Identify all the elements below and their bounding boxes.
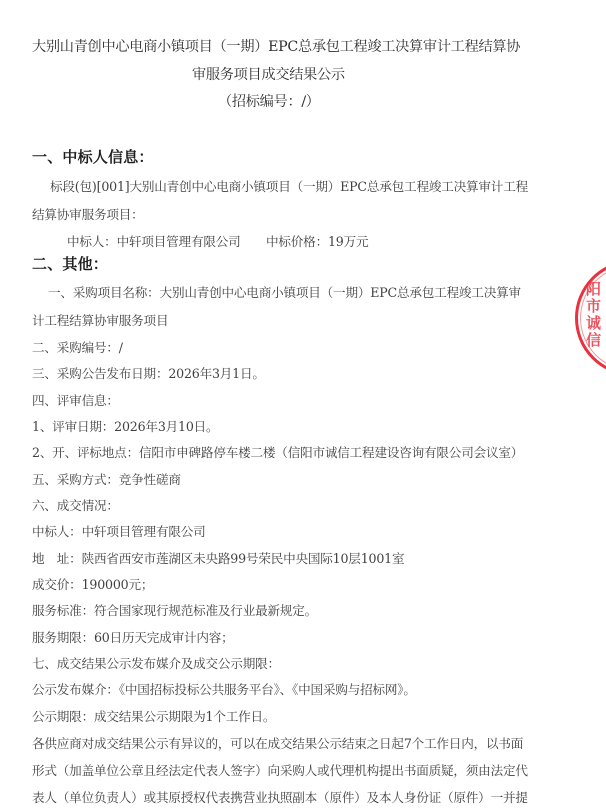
document-title-line2: 审服务项目成交结果公示 xyxy=(192,64,345,84)
lot-description-line2: 结算协审服务项目： xyxy=(32,204,144,223)
winner-name: 中标人：中轩项目管理有限公司 xyxy=(67,231,241,250)
document-title-line1: 大别山青创中心电商小镇项目（一期）EPC总承包工程竣工决算审计工程结算协 xyxy=(32,36,520,56)
objection-notice-line2: 形式（加盖单位公章且经法定代表人签字）向采购人或代理机构提出书面质疑，须由法定代 xyxy=(32,760,528,779)
transaction-price: 成交价：190000元； xyxy=(32,574,153,593)
procurement-project-name-line2: 计工程结算协审服务项目 xyxy=(32,310,168,329)
document-page: 大别山青创中心电商小镇项目（一期）EPC总承包工程竣工决算审计工程结算协 审服务… xyxy=(0,0,606,810)
review-info-heading: 四、评审信息： xyxy=(32,390,119,409)
section-heading-other: 二、其他： xyxy=(32,253,108,274)
procurement-method: 五、采购方式：竞争性磋商 xyxy=(32,469,181,488)
section-heading-winner-info: 一、中标人信息： xyxy=(32,146,154,167)
announcement-date: 三、采购公告发布日期：2026年3月1日。 xyxy=(32,363,265,382)
transaction-status-heading: 六、成交情况： xyxy=(32,495,119,514)
seal-text: 阳市诚信 xyxy=(586,281,604,349)
lot-description-line1: 标段(包)[001]大别山青创中心电商小镇项目（一期）EPC总承包工程竣工决算审… xyxy=(50,176,528,195)
publication-media-heading: 七、成交结果公示发布媒介及成交公示期限： xyxy=(32,653,280,672)
publicity-period: 公示期限：成交结果公示期限为1个工作日。 xyxy=(32,706,275,725)
objection-notice-line1: 各供应商对成交结果公示有异议的，可以在成交结果公示结束之日起7个工作日内，以书面 xyxy=(32,733,523,752)
publication-media: 公示发布媒介：《中国招标投标公共服务平台》、《中国采购与招标网》。 xyxy=(32,679,416,698)
procurement-project-name-line1: 一、采购项目名称：大别山青创中心电商小镇项目（一期）EPC总承包工程竣工决算审 xyxy=(48,282,521,301)
bid-number: （招标编号：/） xyxy=(218,91,320,111)
transaction-winner: 中标人：中轩项目管理有限公司 xyxy=(32,521,206,540)
winning-price: 中标价格：19万元 xyxy=(266,231,368,250)
service-standard: 服务标准：符合国家现行规范标准及行业最新规定。 xyxy=(32,600,317,619)
official-seal-stamp: 阳市诚信 xyxy=(575,260,606,376)
bid-opening-location: 2、开、评标地点：信阳市申碑路停车楼二楼（信阳市诚信工程建设咨询有限公司会议室） xyxy=(32,442,523,461)
procurement-number: 二、采购编号：/ xyxy=(32,337,123,356)
winner-address: 地 址：陕西省西安市莲湖区未央路99号荣民中央国际10层1001室 xyxy=(32,548,404,567)
service-period: 服务期限：60日历天完成审计内容； xyxy=(32,627,234,646)
objection-notice-line3: 表人（单位负责人）或其原授权代表携营业执照副本（原件）及本人身份证（原件）一并提 xyxy=(32,787,528,806)
review-date: 1、评审日期：2026年3月10日。 xyxy=(32,416,218,435)
